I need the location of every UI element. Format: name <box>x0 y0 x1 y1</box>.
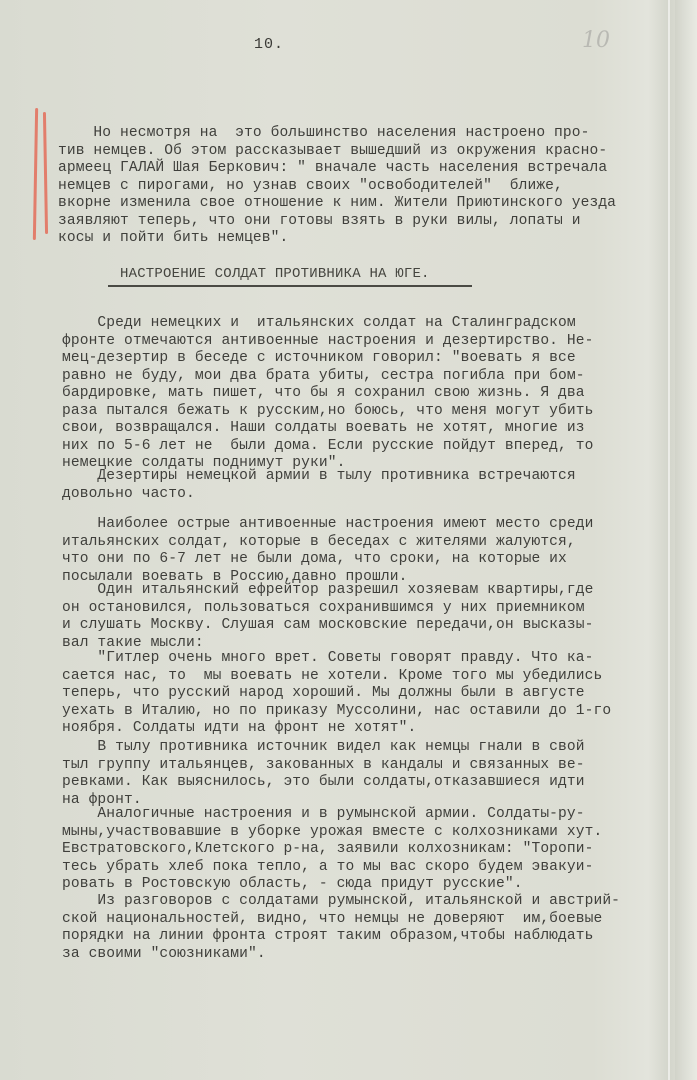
text-line: "Гитлер очень много врет. Советы говорят… <box>62 650 611 668</box>
section-heading: НАСТРОЕНИЕ СОЛДАТ ПРОТИВНИКА НА ЮГЕ. <box>120 266 430 282</box>
text-line: равно не буду, мои два брата убиты, сест… <box>62 368 593 386</box>
paper-edge <box>675 0 697 1080</box>
text-line: порядки на линии фронта строят таким обр… <box>62 928 620 946</box>
text-line: сается нас, то мы воевать не хотели. Кро… <box>62 668 611 686</box>
text-line: Дезертиры немецкой армии в тылу противни… <box>62 468 576 486</box>
paragraph-4: Наиболее острые антивоенные настроения и… <box>62 516 593 586</box>
paper-fold-line <box>668 0 670 1080</box>
text-line: Но несмотря на это большинство населения… <box>58 125 616 143</box>
text-line: В тылу противника источник видел как нем… <box>62 739 585 757</box>
paragraph-5: Один итальянский ефрейтор разрешил хозяе… <box>62 582 593 652</box>
text-line: ноября. Солдаты идти на фронт не хотят". <box>62 720 611 738</box>
text-line: теперь, что русский народ хороший. Мы до… <box>62 685 611 703</box>
text-line: тыл группу итальянцев, закованных в канд… <box>62 757 585 775</box>
text-line: ской национальностей, видно, что немцы н… <box>62 911 620 929</box>
text-line: фронте отмечаются антивоенные настроения… <box>62 333 593 351</box>
text-line: мыны,участвовавшие в уборке урожая вмест… <box>62 824 602 842</box>
text-line: немцев с пирогами, но узнав своих "освоб… <box>58 178 616 196</box>
paragraph-6-quote: "Гитлер очень много врет. Советы говорят… <box>62 650 611 738</box>
paragraph-9: Из разговоров с солдатами румынской, ита… <box>62 893 620 963</box>
text-line: уехать в Италию, но по приказу Муссолини… <box>62 703 611 721</box>
text-line: итальянских солдат, которые в беседах с … <box>62 534 593 552</box>
text-line: за своими "союзниками". <box>62 946 620 964</box>
document-page: 10. 10 Но несмотря на это большинство на… <box>0 0 697 1080</box>
red-margin-mark-left <box>33 108 38 240</box>
paragraph-1: Но несмотря на это большинство населения… <box>58 125 616 248</box>
paragraph-2: Среди немецких и итальянских солдат на С… <box>62 315 593 473</box>
text-line: армеец ГАЛАЙ Шая Беркович: " вначале час… <box>58 160 616 178</box>
paragraph-7: В тылу противника источник видел как нем… <box>62 739 585 809</box>
text-line: ровать в Ростовскую область, - сюда прид… <box>62 876 602 894</box>
red-margin-mark-right <box>43 112 48 234</box>
handwritten-page-number: 10 <box>582 28 610 53</box>
text-line: Наиболее острые антивоенные настроения и… <box>62 516 593 534</box>
text-line: вкорне изменила свое отношение к ним. Жи… <box>58 195 616 213</box>
heading-underline <box>108 285 472 287</box>
text-line: свои, возвращался. Наши солдаты воевать … <box>62 420 593 438</box>
paragraph-3: Дезертиры немецкой армии в тылу противни… <box>62 468 576 503</box>
text-line: них по 5-6 лет не были дома. Если русски… <box>62 438 593 456</box>
page-number: 10. <box>254 36 284 53</box>
paragraph-8: Аналогичные настроения и в румынской арм… <box>62 806 602 894</box>
text-line: бардировке, мать пишет, что бы я сохрани… <box>62 385 593 403</box>
text-line: заявляют теперь, что они готовы взять в … <box>58 213 616 231</box>
text-line: Аналогичные настроения и в румынской арм… <box>62 806 602 824</box>
text-line: и слушать Москву. Слушая сам московские … <box>62 617 593 635</box>
text-line: он остановился, пользоваться сохранившим… <box>62 600 593 618</box>
text-line: что они по 6-7 лет не были дома, что сро… <box>62 551 593 569</box>
text-line: ревками. Как выяснилось, это были солдат… <box>62 774 585 792</box>
text-line: раза пытался бежать к русским,но боюсь, … <box>62 403 593 421</box>
text-line: мец-дезертир в беседе с источником говор… <box>62 350 593 368</box>
text-line: Из разговоров с солдатами румынской, ита… <box>62 893 620 911</box>
text-line: Среди немецких и итальянских солдат на С… <box>62 315 593 333</box>
text-line: Один итальянский ефрейтор разрешил хозяе… <box>62 582 593 600</box>
text-line: довольно часто. <box>62 486 576 504</box>
text-line: тесь убрать хлеб пока тепло, а то мы вас… <box>62 859 602 877</box>
text-line: Евстратовского,Клетского р-на, заявили к… <box>62 841 602 859</box>
text-line: косы и пойти бить немцев". <box>58 230 616 248</box>
text-line: тив немцев. Об этом рассказывает вышедши… <box>58 143 616 161</box>
